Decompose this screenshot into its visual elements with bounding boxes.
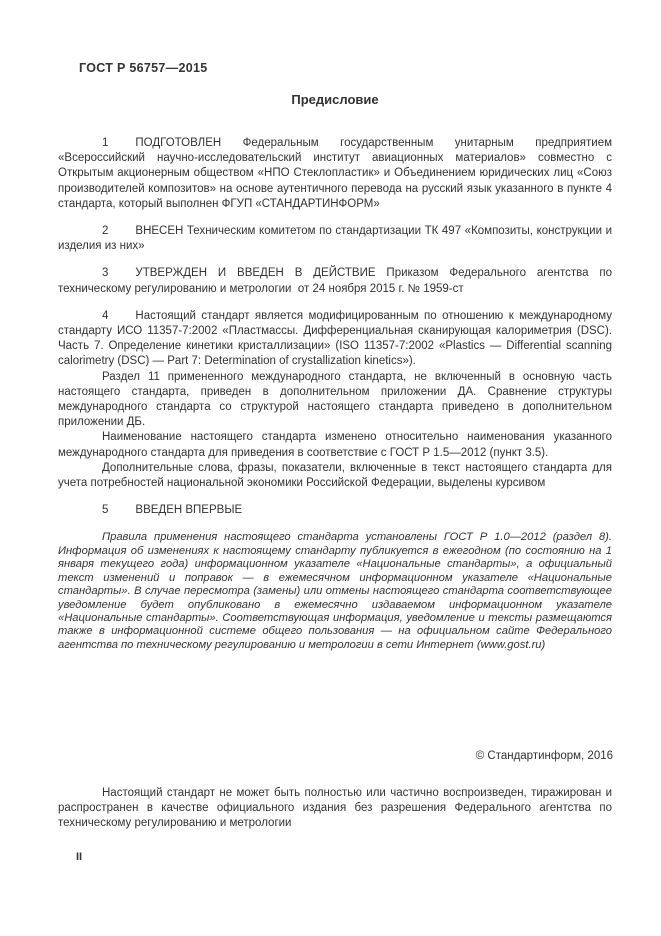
clause-4-subparagraph-naming-text: Наименование настоящего стандарта измене…	[58, 431, 612, 458]
application-rules-note: Правила применения настоящего стандарта …	[58, 531, 612, 652]
page-title: Предисловие	[58, 92, 612, 107]
clause-2-text: ВНЕСЕН Техническим комитетом по стандарт…	[58, 225, 612, 252]
clause-1-number: 1	[102, 136, 108, 151]
clause-4-subparagraph-additions-text: Дополнительные слова, фразы, показатели,…	[58, 462, 612, 489]
clause-5-number: 5	[102, 503, 108, 518]
clause-3: 3УТВЕРЖДЕН И ВВЕДЕН В ДЕЙСТВИЕ Приказом …	[58, 266, 612, 296]
clause-4: 4Настоящий стандарт является модифициров…	[58, 309, 612, 370]
clause-4-subparagraph-additions: Дополнительные слова, фразы, показатели,…	[58, 461, 612, 491]
clause-2: 2ВНЕСЕН Техническим комитетом по стандар…	[58, 224, 612, 254]
restriction-notice-text: Настоящий стандарт не может быть полност…	[58, 787, 612, 829]
clause-2-number: 2	[102, 224, 108, 239]
clause-5-text: ВВЕДЕН ВПЕРВЫЕ	[135, 504, 242, 516]
restriction-notice: Настоящий стандарт не может быть полност…	[58, 786, 612, 832]
doc-number-header: ГОСТ Р 56757—2015	[79, 61, 207, 75]
clause-4-subparagraph-sections-text: Раздел 11 примененного международного ст…	[58, 371, 612, 429]
clause-1: 1ПОДГОТОВЛЕН Федеральным государственным…	[58, 136, 612, 212]
document-page: ГОСТ Р 56757—2015 Предисловие 1ПОДГОТОВЛ…	[0, 0, 661, 936]
copyright-line: © Стандартинформ, 2016	[476, 750, 613, 762]
clause-3-text: УТВЕРЖДЕН И ВВЕДЕН В ДЕЙСТВИЕ Приказом Ф…	[58, 267, 612, 294]
clause-1-text: ПОДГОТОВЛЕН Федеральным государственным …	[58, 137, 612, 210]
clause-4-subparagraph-sections: Раздел 11 примененного международного ст…	[58, 370, 612, 431]
page-number: II	[76, 851, 82, 863]
clause-5: 5ВВЕДЕН ВПЕРВЫЕ	[58, 503, 612, 518]
clause-3-number: 3	[102, 266, 108, 281]
application-rules-note-text: Правила применения настоящего стандарта …	[58, 531, 612, 650]
clause-4-text: Настоящий стандарт является модифицирова…	[58, 310, 612, 368]
preface-content: Предисловие 1ПОДГОТОВЛЕН Федеральным гос…	[58, 92, 612, 652]
clause-4-subparagraph-naming: Наименование настоящего стандарта измене…	[58, 430, 612, 460]
clause-4-number: 4	[102, 309, 108, 324]
